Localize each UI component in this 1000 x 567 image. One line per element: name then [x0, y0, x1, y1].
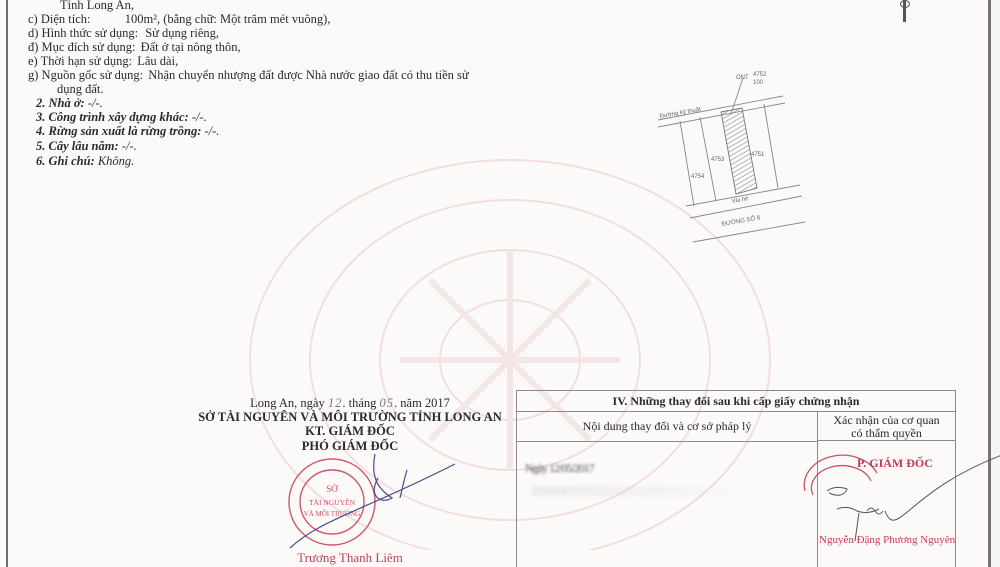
changes-col-confirm-header: Xác nhận của cơ quan có thẩm quyền	[818, 412, 955, 441]
certificate-page: Tỉnh Long An, c) Diện tích: 100m², (bằng…	[0, 0, 1000, 567]
faded-entry-line	[531, 486, 731, 496]
detail-area: c) Diện tích: 100m², (bằng chữ: Một trăm…	[28, 12, 330, 26]
confirm-signer: Nguyễn Đặng Phương Nguyên	[819, 534, 955, 546]
asset-label: 3. Công trình xây dựng khác:	[36, 110, 189, 124]
date-day: 12	[328, 396, 343, 410]
asset-value: -/-.	[122, 139, 137, 153]
detail-usage-term: e) Thời hạn sử dụng: Lâu dài,	[28, 54, 178, 68]
changes-table-title: IV. Những thay đổi sau khi cấp giấy chứn…	[517, 391, 955, 412]
road-top-label: Đường kỹ thuật	[659, 107, 701, 120]
asset-label: 5. Cây lâu năm:	[36, 139, 119, 153]
seal-text: TÀI NGUYÊN	[309, 497, 356, 507]
signer-title-1: KT. GIÁM ĐỐC	[190, 424, 510, 439]
asset-value: -/-.	[192, 110, 207, 124]
asset-label: 4. Rừng sản xuất là rừng trồng:	[36, 124, 201, 138]
parcel-number-label: 4752	[753, 72, 767, 78]
detail-label: đ) Mục đích sử dụng:	[28, 40, 135, 54]
detail-label: c) Diện tích:	[28, 12, 90, 26]
redacted-entry: Ngày 12/05/2017	[525, 461, 594, 476]
seal-text: SỞ	[326, 484, 338, 494]
asset-house: 2. Nhà ở: -/-.	[36, 96, 103, 110]
place-date: Long An, ngày 12. tháng 05. năm 2017	[190, 396, 510, 410]
land-type-label: ONT	[736, 75, 749, 81]
seal-text: VÀ MÔI TRƯỜNG	[304, 510, 361, 518]
confirm-title: P. GIÁM ĐỐC	[857, 456, 933, 471]
asset-value: -/-.	[88, 96, 103, 110]
detail-label: e) Thời hạn sử dụng:	[28, 54, 132, 68]
date-month: 05	[380, 396, 395, 410]
left-border	[6, 0, 8, 567]
asset-other-construction: 3. Công trình xây dựng khác: -/-.	[36, 110, 207, 124]
date-year: năm 2017	[400, 396, 450, 410]
asset-value: -/-.	[205, 124, 220, 138]
asset-value: Không.	[98, 154, 134, 168]
asset-notes: 6. Ghi chú: Không.	[36, 154, 134, 168]
detail-value: Sử dụng riêng,	[145, 26, 219, 40]
changes-col-content-header: Nội dung thay đổi và cơ sở pháp lý	[517, 412, 818, 442]
detail-value: Đất ở tại nông thôn,	[141, 40, 241, 54]
detail-origin: g) Nguồn gốc sử dụng: Nhận chuyển nhượng…	[28, 68, 469, 82]
parcel-map: Đường kỹ thuật ONT 4752 100 4754 4753 47…	[640, 60, 840, 250]
detail-value: Lâu dài,	[137, 54, 178, 68]
issuing-organization: SỞ TÀI NGUYÊN VÀ MÔI TRƯỜNG TỈNH LONG AN	[190, 410, 510, 424]
date-prefix: Long An, ngày	[250, 396, 325, 410]
neighbor-parcel: 4751	[751, 152, 765, 158]
neighbor-parcel: 4753	[711, 157, 725, 163]
asset-planted-forest: 4. Rừng sản xuất là rừng trồng: -/-.	[36, 124, 219, 138]
detail-usage-form: d) Hình thức sử dụng: Sử dụng riêng,	[28, 26, 219, 40]
asset-label: 6. Ghi chú:	[36, 154, 95, 168]
asset-perennial-trees: 5. Cây lâu năm: -/-.	[36, 139, 137, 153]
neighbor-parcel: 4754	[691, 174, 705, 180]
changes-table: IV. Những thay đổi sau khi cấp giấy chứn…	[516, 390, 956, 567]
detail-origin-cont: dụng đất.	[57, 82, 104, 96]
detail-value: 100m², (bằng chữ: Một trăm mét vuông),	[125, 12, 331, 26]
sidewalk-label: Vỉa hè	[731, 195, 750, 205]
detail-usage-purpose: đ) Mục đích sử dụng: Đất ở tại nông thôn…	[28, 40, 241, 54]
detail-value: Nhận chuyển nhượng đất được Nhà nước gia…	[148, 68, 468, 82]
date-month-label: tháng	[349, 396, 377, 410]
road-bottom-label: ĐƯỜNG SỐ 8	[721, 214, 761, 228]
official-seal-icon: SỞ TÀI NGUYÊN VÀ MÔI TRƯỜNG	[280, 450, 460, 555]
address-tail: Tỉnh Long An,	[60, 0, 134, 12]
detail-label: g) Nguồn gốc sử dụng:	[28, 68, 143, 82]
confirm-header-line2: có thẩm quyền	[818, 427, 955, 440]
asset-label: 2. Nhà ở:	[36, 96, 85, 110]
punch-mark-stem	[903, 0, 906, 22]
parcel-area-label: 100	[753, 80, 764, 86]
signer-name: Trương Thanh Liêm	[290, 550, 410, 566]
detail-label: d) Hình thức sử dụng:	[28, 26, 138, 40]
signature-block: Long An, ngày 12. tháng 05. năm 2017 SỞ …	[190, 396, 510, 454]
